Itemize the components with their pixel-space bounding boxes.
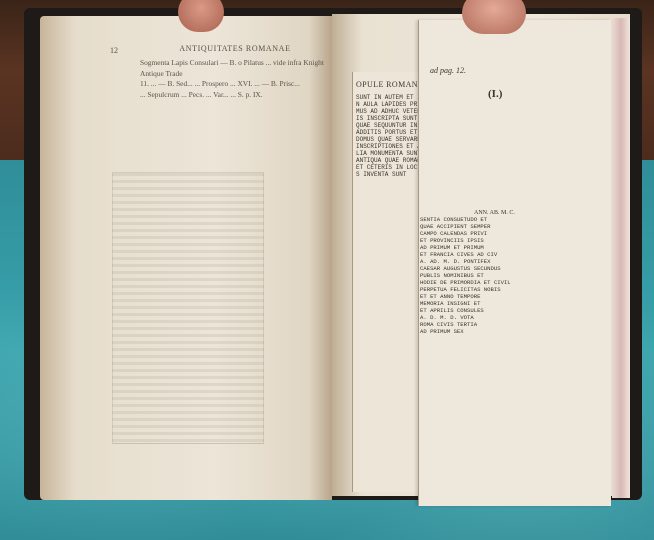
inscription-block: SENTIA CONSUETUDO ET QUAE ACCIPIENT SEMP…: [420, 216, 570, 386]
left-running-head: ANTIQUITATES ROMANAE: [165, 44, 305, 53]
flap-reference: ad pag. 12.: [430, 66, 466, 75]
flap-plate-mark: (I.): [488, 88, 502, 100]
right-finger: [462, 0, 526, 34]
left-page-text: Sogmenta Lapis Consulari — B. o Pilatus …: [140, 58, 330, 100]
show-through-text: [112, 172, 264, 444]
strip-text: SUNT IN AUTEM ET IN AULA LAPIDES PRIMUS …: [356, 94, 422, 324]
left-page-number: 12: [110, 46, 118, 55]
strip-heading: OPULE ROMAN: [356, 80, 418, 89]
left-paragraph: ... Sepulcrum ... Pecs. ... Var... ... S…: [140, 90, 330, 101]
left-paragraph: Sogmenta Lapis Consulari — B. o Pilatus …: [140, 58, 330, 79]
inscription-text: SENTIA CONSUETUDO ET QUAE ACCIPIENT SEMP…: [420, 216, 570, 376]
page-edge: [612, 18, 630, 498]
left-paragraph: 11. ... — B. Sed... ... Prospero ... XVI…: [140, 79, 330, 90]
